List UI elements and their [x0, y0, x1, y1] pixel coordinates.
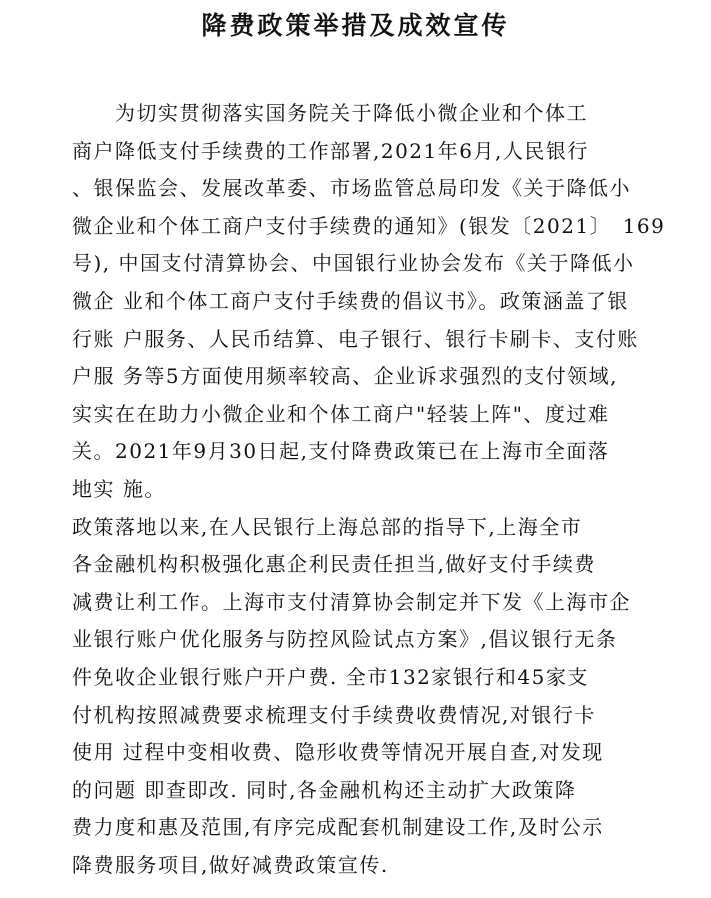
text-line: 号), 中国支付清算协会、中国银行业协会发布《关于降低小	[72, 245, 672, 283]
text-line: 户服 务等5方面使用频率较高、企业诉求强烈的支付领域,	[72, 358, 672, 396]
text-line: 关。2021年9月30日起,支付降费政策已在上海市全面落	[72, 433, 672, 471]
text-line: 微企业和个体工商户支付手续费的通知》(银发〔2021〕 169	[72, 208, 672, 246]
text-line: 地实 施。	[72, 471, 672, 509]
text-line: 减费让利工作。上海市支付清算协会制定并下发《上海市企	[72, 584, 672, 622]
text-line: 各金融机构积极强化惠企利民责任担当,做好支付手续费	[72, 546, 672, 584]
text-line: 行账 户服务、人民币结算、电子银行、银行卡刷卡、支付账	[72, 321, 672, 359]
text-line: 件免收企业银行账户开户费. 全市132家银行和45家支	[72, 659, 672, 697]
paragraph-1: 为切实贯彻落实国务院关于降低小微企业和个体工 商户降低支付手续费的工作部署,20…	[72, 95, 672, 509]
text-line: 的问题 即查即改. 同时,各金融机构还主动扩大政策降	[72, 772, 672, 810]
text-line: 降费服务项目,做好减费政策宣传.	[72, 847, 672, 885]
text-line: 为切实贯彻落实国务院关于降低小微企业和个体工	[72, 95, 672, 133]
text-line: 业银行账户优化服务与防控风险试点方案》,倡议银行无条	[72, 621, 672, 659]
text-line: 政策落地以来,在人民银行上海总部的指导下,上海全市	[72, 509, 672, 547]
document-title: 降费政策举措及成效宣传	[0, 6, 711, 46]
text-line: 商户降低支付手续费的工作部署,2021年6月,人民银行	[72, 133, 672, 171]
text-line: 使用 过程中变相收费、隐形收费等情况开展自查,对发现	[72, 734, 672, 772]
text-line: 微企 业和个体工商户支付手续费的倡议书》。政策涵盖了银	[72, 283, 672, 321]
text-line: 实实在在助力小微企业和个体工商户"轻装上阵"、度过难	[72, 396, 672, 434]
text-line: 、银保监会、发展改革委、市场监管总局印发《关于降低小	[72, 170, 672, 208]
paragraph-2: 政策落地以来,在人民银行上海总部的指导下,上海全市 各金融机构积极强化惠企利民责…	[72, 509, 672, 885]
text-line: 付机构按照减费要求梳理支付手续费收费情况,对银行卡	[72, 697, 672, 735]
text-line: 费力度和惠及范围,有序完成配套机制建设工作,及时公示	[72, 809, 672, 847]
document-body: 为切实贯彻落实国务院关于降低小微企业和个体工 商户降低支付手续费的工作部署,20…	[72, 95, 672, 884]
